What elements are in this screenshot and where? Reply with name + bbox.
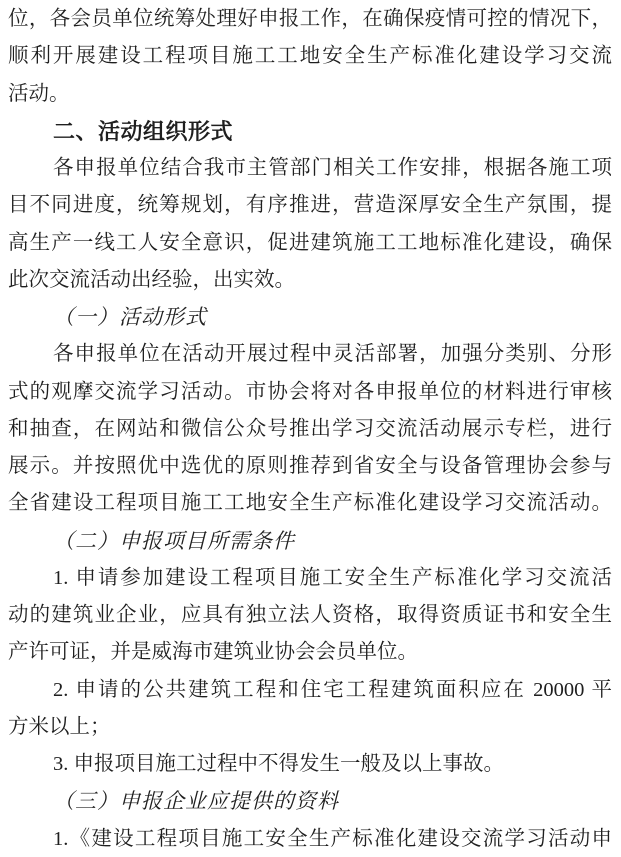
text-line: 全省建设工程项目施工工地安全生产标准化建设学习交流活动。 (8, 485, 612, 522)
text-line: 1. 申请参加建设工程项目施工安全生产标准化学习交流活 (8, 560, 612, 597)
text-line: 1.《建设工程项目施工安全生产标准化建设交流学习活动申 (8, 821, 612, 857)
text-line: 活动。 (8, 76, 612, 113)
subsection-heading: （一）活动形式 (8, 299, 612, 336)
text-line: 3. 申报项目施工过程中不得发生一般及以上事故。 (8, 746, 612, 783)
text-line: 顺利开展建设工程项目施工工地安全生产标准化建设学习交流 (8, 38, 612, 75)
text-line: 位，各会员单位统筹处理好申报工作，在确保疫情可控的情况下， (8, 1, 612, 38)
text-line: 各申报单位结合我市主管部门相关工作安排，根据各施工项 (8, 150, 612, 187)
subsection-heading: （三）申报企业应提供的资料 (8, 783, 612, 820)
text-line: 目不同进度，统筹规划，有序推进，营造深厚安全生产氛围，提 (8, 187, 612, 224)
text-line: 各申报单位在活动开展过程中灵活部署，加强分类别、分形 (8, 336, 612, 373)
document-page: 位，各会员单位统筹处理好申报工作，在确保疫情可控的情况下，顺利开展建设工程项目施… (0, 0, 621, 857)
text-line: 和抽查，在网站和微信公众号推出学习交流活动展示专栏，进行 (8, 411, 612, 448)
text-line: 式的观摩交流学习活动。市协会将对各申报单位的材料进行审核 (8, 374, 612, 411)
text-line: 产许可证，并是威海市建筑业协会会员单位。 (8, 634, 612, 671)
document-body: 位，各会员单位统筹处理好申报工作，在确保疫情可控的情况下，顺利开展建设工程项目施… (8, 1, 612, 857)
text-line: 方米以上； (8, 709, 612, 746)
text-line: 高生产一线工人安全意识，促进建筑施工工地标准化建设，确保 (8, 225, 612, 262)
text-line: 展示。并按照优中选优的原则推荐到省安全与设备管理协会参与 (8, 448, 612, 485)
text-line: 动的建筑业企业，应具有独立法人资格，取得资质证书和安全生 (8, 597, 612, 634)
text-line: 此次交流活动出经验，出实效。 (8, 262, 612, 299)
subsection-heading: （二）申报项目所需条件 (8, 523, 612, 560)
text-line: 2. 申请的公共建筑工程和住宅工程建筑面积应在 20000 平 (8, 672, 612, 709)
section-heading: 二、活动组织形式 (8, 113, 612, 150)
